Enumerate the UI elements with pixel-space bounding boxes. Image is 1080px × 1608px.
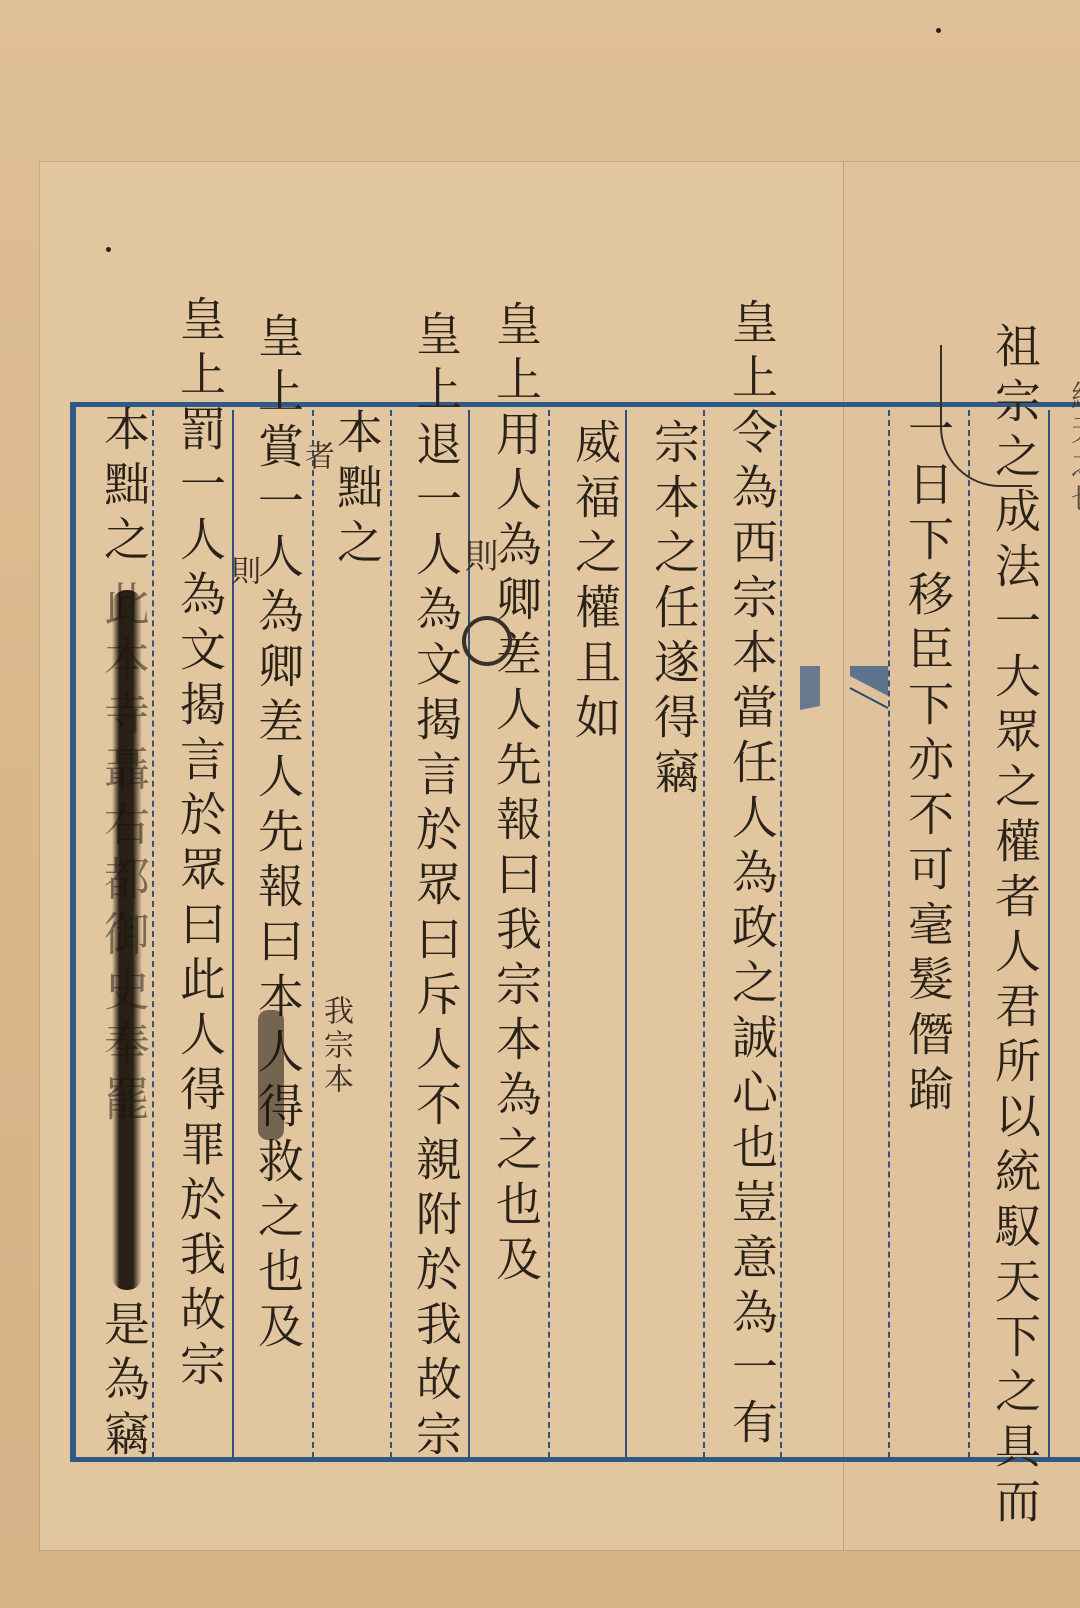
text-column-4: 宗本之任遂得竊: [644, 418, 704, 803]
inserted-character: 者: [286, 440, 346, 474]
fishtail-mark-icon: [800, 666, 890, 710]
strike-through-mark: [258, 1010, 284, 1140]
text-column-1: 祖宗之成法一大眾之權者人君所以統馭天下之具而: [985, 322, 1045, 1532]
text-column-11-tail: 是為竊: [94, 1300, 154, 1465]
inserted-character: 則: [212, 555, 272, 589]
strike-through-mark: [112, 590, 142, 1290]
column-rule: [548, 410, 550, 1458]
text-column-3: 皇上令為西宗本當任人為政之誠心也豈意為一有: [722, 298, 782, 1453]
column-rule: [312, 410, 314, 1458]
margin-note: 我宗本: [305, 995, 365, 1097]
column-rule: [968, 410, 970, 1458]
circle-insertion-mark: [462, 616, 512, 666]
inserted-character: 則: [448, 538, 508, 576]
text-column-5: 威福之權且如: [565, 418, 625, 748]
column-rule: [625, 410, 627, 1458]
text-column-8: 本黜之: [327, 408, 387, 573]
ink-speck: [106, 247, 111, 252]
text-column-2: 一日下移臣下亦不可毫髮僭踰: [898, 405, 958, 1120]
column-rule: [1048, 410, 1050, 1458]
text-column-6: 皇上用人為卿差人先報曰我宗本為之也及: [486, 300, 546, 1290]
column-rule: [390, 410, 392, 1458]
column-rule: [888, 410, 890, 1458]
text-column-11: 本黜之: [94, 405, 154, 570]
text-column-10: 皇上罰一人為文揭言於眾曰此人得罪於我故宗: [170, 295, 230, 1395]
text-column-7: 皇上退一人為文揭言於眾曰斥人不親附於我故宗: [406, 310, 466, 1465]
ink-speck: [936, 28, 941, 33]
far-right-partial-column: 統天之也: [1052, 380, 1080, 516]
